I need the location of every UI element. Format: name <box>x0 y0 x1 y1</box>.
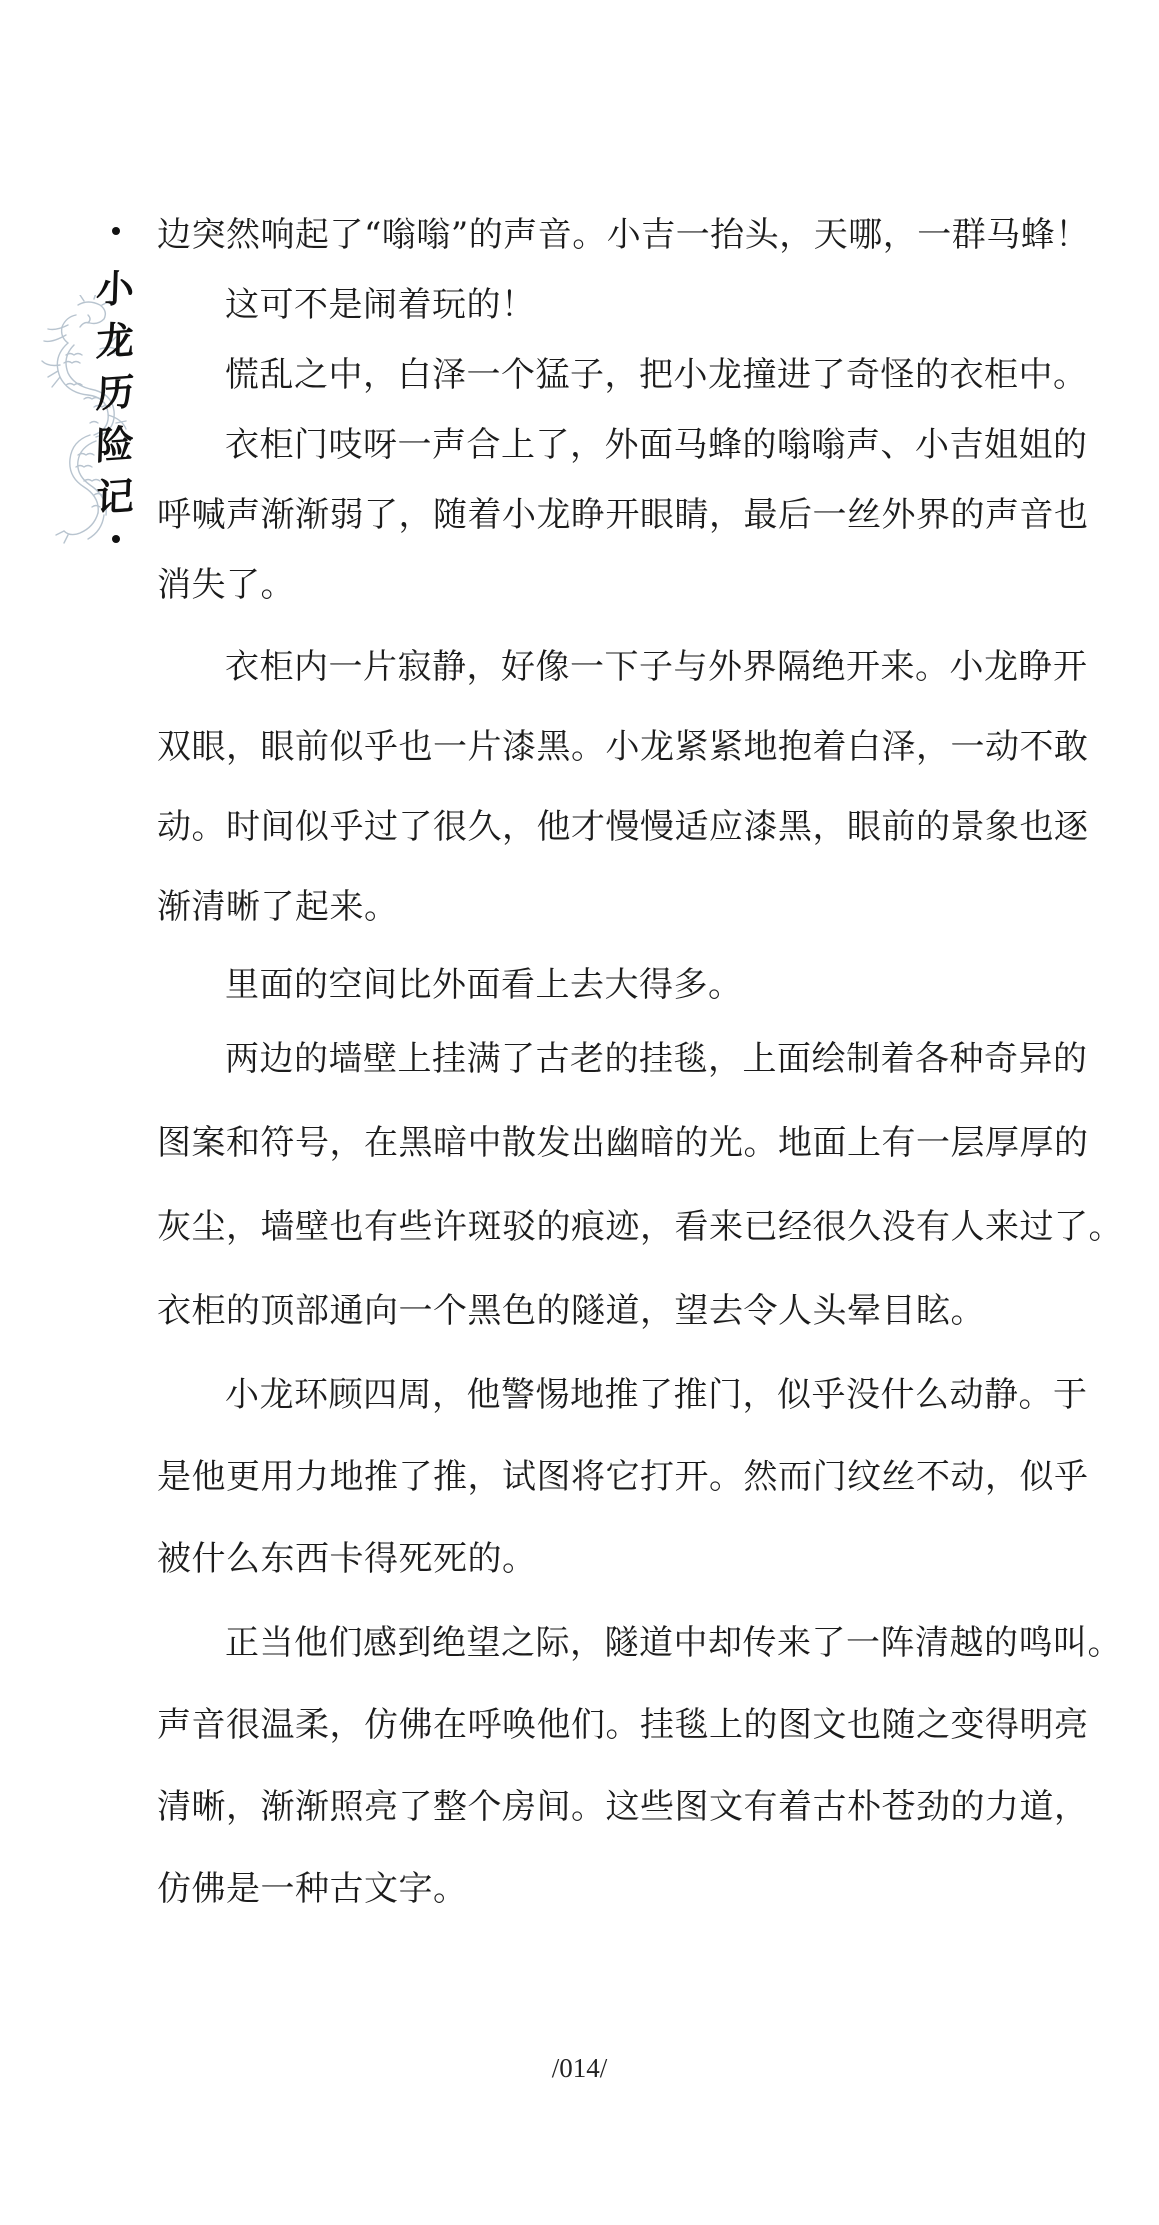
text-line: 衣柜内一片寂静，好像一下子与外界隔绝开来。小龙睁开 <box>157 632 997 712</box>
title-dot-top <box>112 227 120 235</box>
text-line: 动。时间似乎过了很久，他才慢慢适应漆黑，眼前的景象也逐 <box>157 792 997 872</box>
title-char: 记 <box>95 476 134 519</box>
title-char: 险 <box>95 424 134 467</box>
page-number: /014/ <box>0 2053 1159 2084</box>
text-line: 正当他们感到绝望之际，隧道中却传来了一阵清越的鸣叫。 <box>157 1608 997 1690</box>
body-text: 边突然响起了“嗡嗡”的声音。小吉一抬头，天哪，一群马蜂！ 这可不是闹着玩的！ 慌… <box>157 200 997 1924</box>
book-page: 小 龙 历 险 记 边突然响起了“嗡嗡”的声音。小吉一抬头，天哪，一群马蜂！ 这… <box>0 0 1159 2225</box>
text-line: 被什么东西卡得死死的。 <box>157 1524 997 1608</box>
text-line: 仿佛是一种古文字。 <box>157 1854 997 1924</box>
title-dot-bottom <box>112 535 120 543</box>
title-char: 龙 <box>95 320 134 363</box>
title-char: 小 <box>95 268 134 311</box>
text-line: 是他更用力地推了推，试图将它打开。然而门纹丝不动，似乎 <box>157 1442 997 1524</box>
title-char: 历 <box>95 372 134 415</box>
text-line: 消失了。 <box>157 550 997 632</box>
text-line: 里面的空间比外面看上去大得多。 <box>157 950 997 1024</box>
text-line: 衣柜门吱呀一声合上了，外面马蜂的嗡嗡声、小吉姐姐的 <box>157 410 997 480</box>
text-line: 两边的墙壁上挂满了古老的挂毯，上面绘制着各种奇异的 <box>157 1024 997 1108</box>
text-line: 慌乱之中，白泽一个猛子，把小龙撞进了奇怪的衣柜中。 <box>157 340 997 410</box>
text-line: 灰尘，墙壁也有些许斑驳的痕迹，看来已经很久没有人来过了。 <box>157 1192 997 1276</box>
text-line: 双眼，眼前似乎也一片漆黑。小龙紧紧地抱着白泽，一动不敢 <box>157 712 997 792</box>
text-line: 图案和符号，在黑暗中散发出幽暗的光。地面上有一层厚厚的 <box>157 1108 997 1192</box>
running-title: 小 龙 历 险 记 <box>82 205 128 565</box>
text-line: 这可不是闹着玩的！ <box>157 270 997 340</box>
text-line: 呼喊声渐渐弱了，随着小龙睁开眼睛，最后一丝外界的声音也 <box>157 480 997 550</box>
text-line: 小龙环顾四周，他警惕地推了推门，似乎没什么动静。于 <box>157 1360 997 1442</box>
running-title-text: 小 龙 历 险 记 <box>96 269 134 517</box>
text-line: 衣柜的顶部通向一个黑色的隧道，望去令人头晕目眩。 <box>157 1276 997 1360</box>
text-line: 边突然响起了“嗡嗡”的声音。小吉一抬头，天哪，一群马蜂！ <box>157 200 997 270</box>
text-line: 渐清晰了起来。 <box>157 872 997 950</box>
text-line: 声音很温柔，仿佛在呼唤他们。挂毯上的图文也随之变得明亮 <box>157 1690 997 1772</box>
text-line: 清晰，渐渐照亮了整个房间。这些图文有着古朴苍劲的力道， <box>157 1772 997 1854</box>
